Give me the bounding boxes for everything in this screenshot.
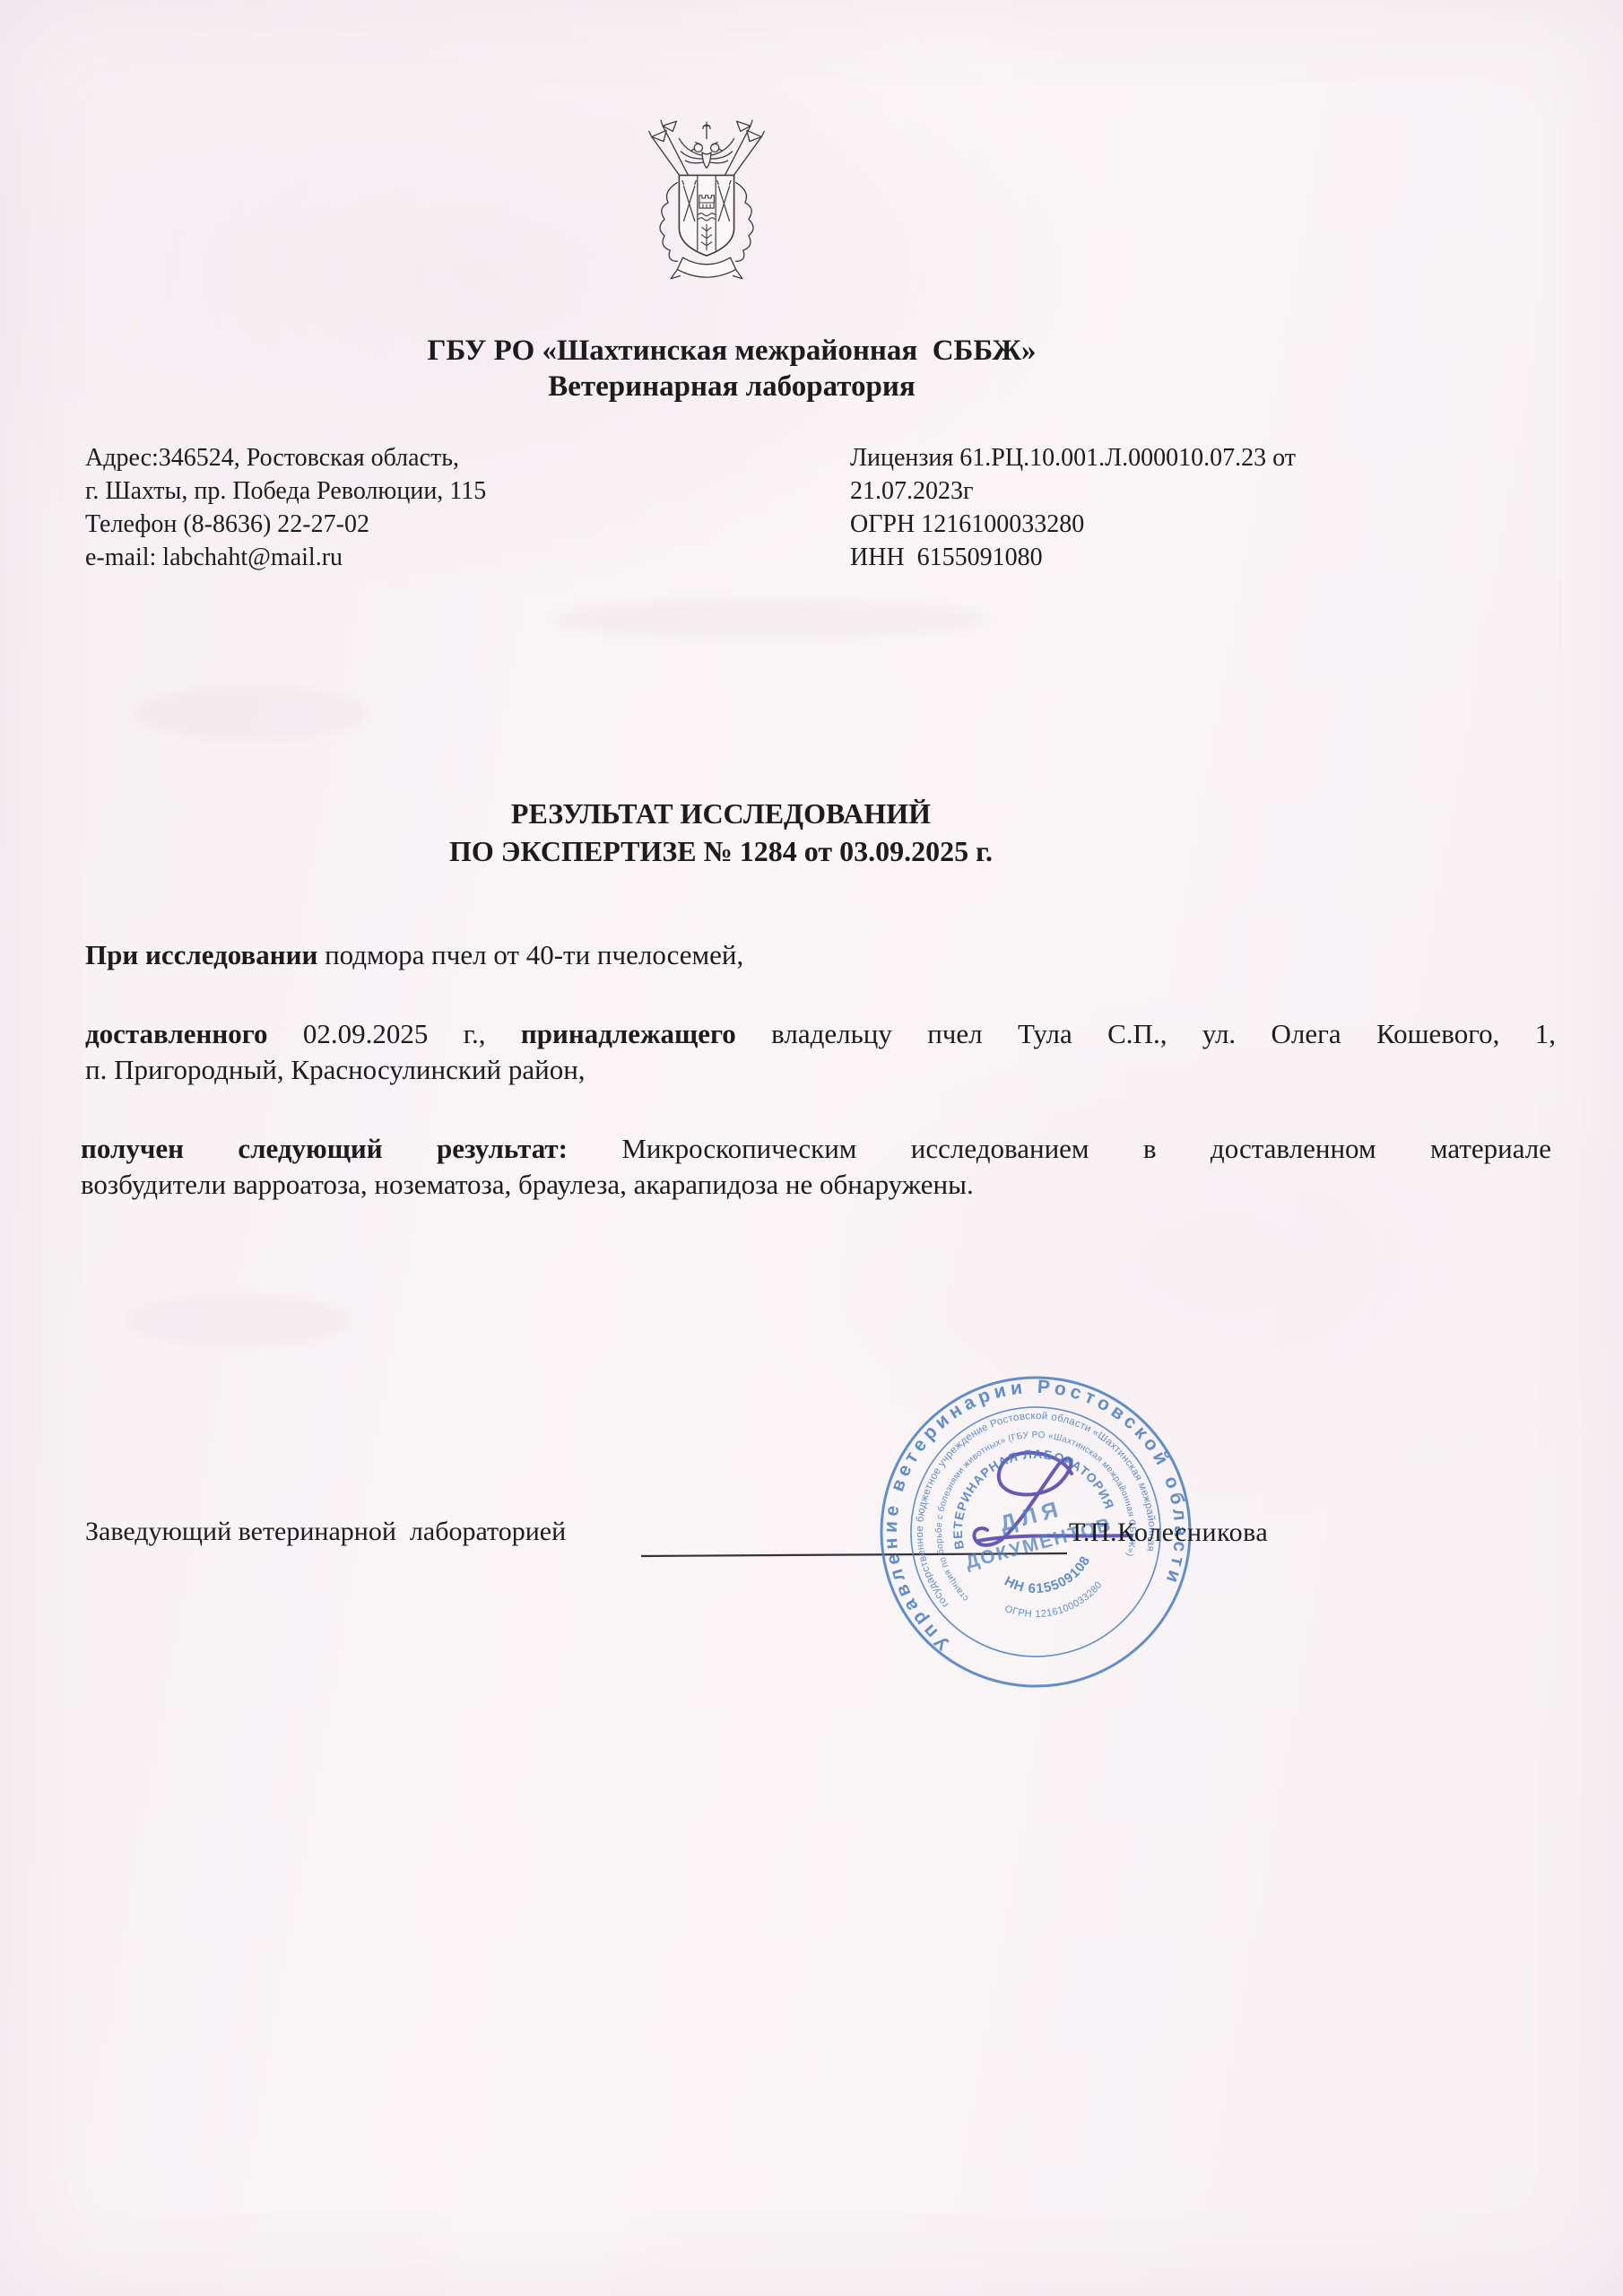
registration-block: Лицензия 61.РЦ.10.001.Л.000010.07.23 от … [850,441,1296,574]
address-line-2: г. Шахты, пр. Победа Революции, 115 [85,474,486,508]
contact-block: Адрес:346524, Ростовская область, г. Шах… [85,441,486,574]
scanned-document-page: ГБУ РО «Шахтинская межрайонная СББЖ» Вет… [0,0,1623,2296]
rostov-coat-of-arms-icon [633,111,780,294]
email-line: e-mail: labchaht@mail.ru [85,541,486,574]
org-name: ГБУ РО «Шахтинская межрайонная СББЖ» [0,333,1463,369]
signatory-name: Т.П.Колесникова [1069,1518,1268,1548]
emblem-ribbon [671,257,742,278]
phone-line: Телефон (8-8636) 22-27-02 [85,508,486,541]
scan-artifact [556,599,986,639]
address-line-1: Адрес:346524, Ростовская область, [85,441,486,474]
delivered-bold: доставленного [85,1018,268,1049]
document-title: РЕЗУЛЬТАТ ИССЛЕДОВАНИЙ ПО ЭКСПЕРТИЗЕ № 1… [0,795,1442,870]
owner-text: владельцу пчел Тула С.П., ул. Олега Коше… [736,1018,1556,1049]
paragraph-result: получен следующий результат: Микроскопич… [81,1131,1551,1203]
inn-line: ИНН 6155091080 [850,541,1296,574]
license-line-2: 21.07.2023г [850,474,1296,508]
delivery-line: доставленного 02.09.2025 г., принадлежащ… [85,1016,1556,1052]
result-bold: получен следующий результат: [81,1133,568,1164]
org-header: ГБУ РО «Шахтинская межрайонная СББЖ» Вет… [0,333,1463,404]
result-text: Микроскопическим исследованием в доставл… [568,1133,1551,1164]
owner-address-line: п. Пригородный, Красносулинский район, [85,1052,1556,1088]
document-title-line-1: РЕЗУЛЬТАТ ИССЛЕДОВАНИЙ [0,795,1442,832]
emblem-shield [679,175,733,256]
emblem-eagle [679,122,733,168]
result-line-1: получен следующий результат: Микроскопич… [81,1131,1551,1167]
paragraph-lead-text: подмора пчел от 40-ти пчелосемей, [317,939,743,970]
signatory-position-label: Заведующий ветеринарной лабораторией [85,1517,566,1547]
result-line-2: возбудители варроатоза, нозематоза, брау… [81,1167,1551,1203]
scan-artifact [135,686,368,740]
paragraph-delivery-owner: доставленного 02.09.2025 г., принадлежащ… [85,1016,1556,1088]
paragraph-lead-bold: При исследовании [85,939,317,970]
ogrn-line: ОГРН 1216100033280 [850,508,1296,541]
license-line-1: Лицензия 61.РЦ.10.001.Л.000010.07.23 от [850,441,1296,474]
belonging-bold: принадлежащего [521,1018,736,1049]
document-title-line-2: ПО ЭКСПЕРТИЗЕ № 1284 от 03.09.2025 г. [0,832,1442,870]
paragraph-research-subject: При исследовании подмора пчел от 40-ти п… [85,937,1556,973]
org-subtitle: Ветеринарная лаборатория [68,369,1395,404]
scan-artifact [126,1296,350,1345]
delivered-date: 02.09.2025 г., [268,1018,521,1049]
